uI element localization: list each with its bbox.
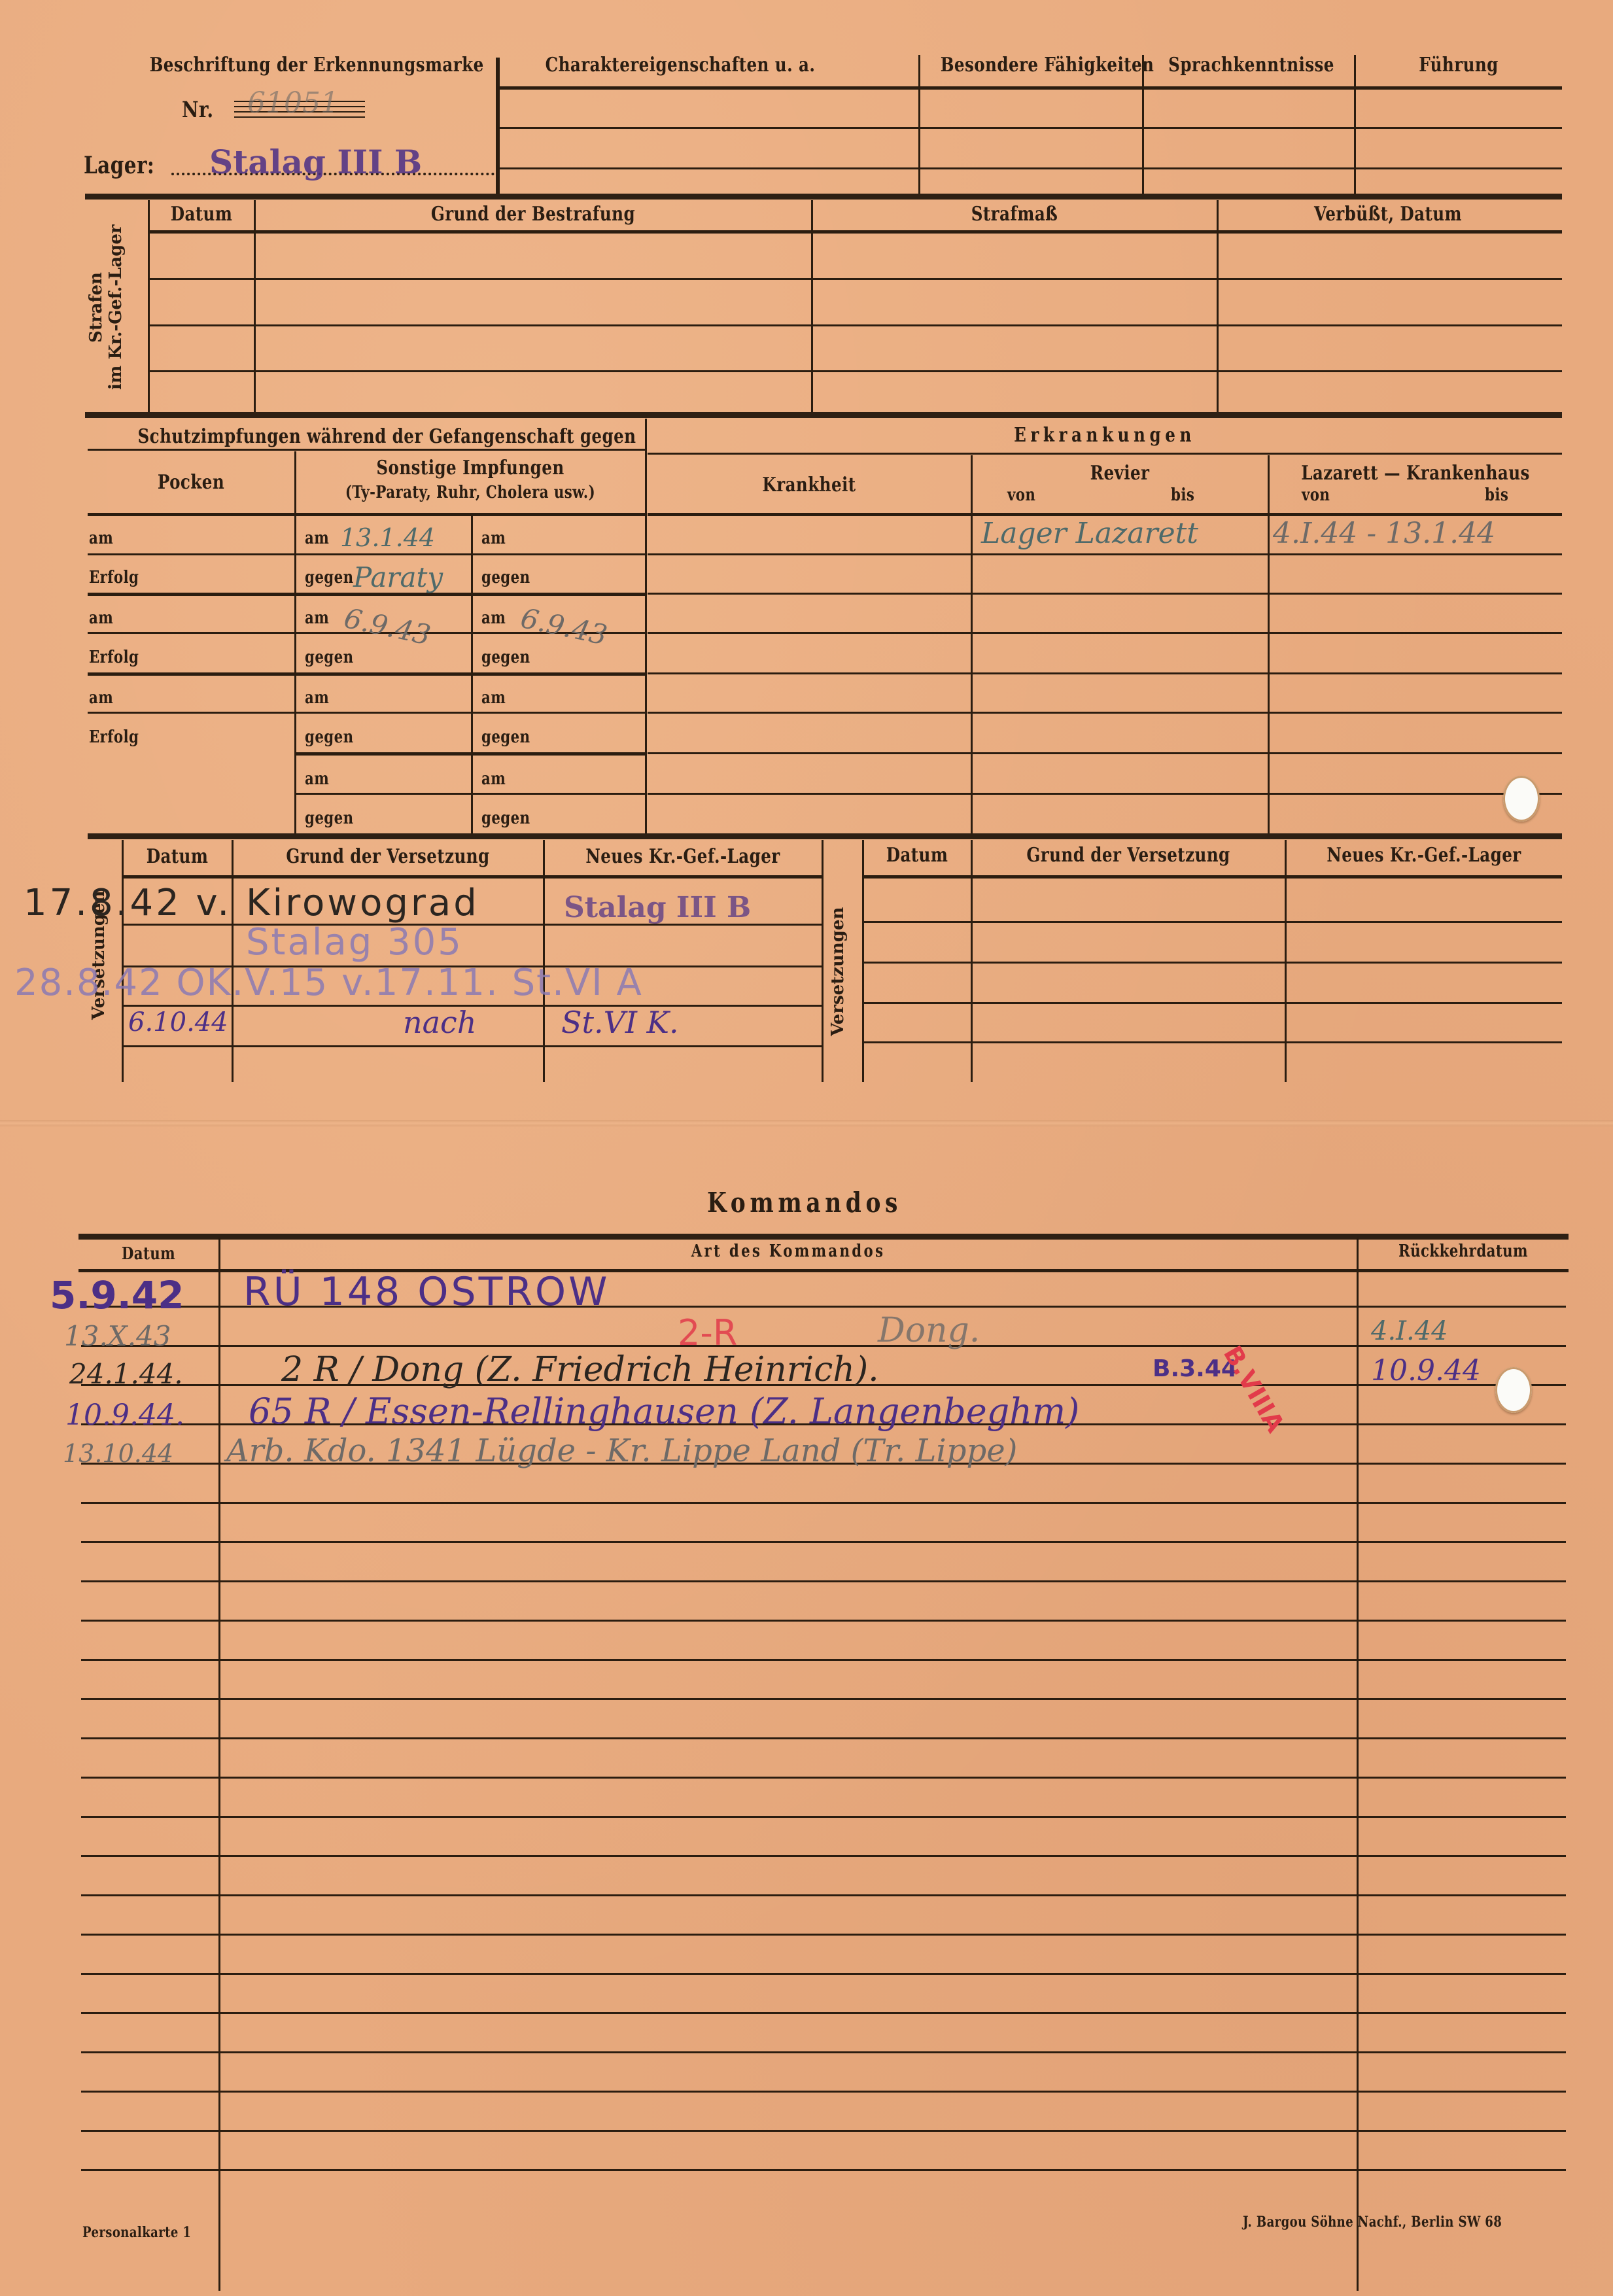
divider [88, 632, 294, 634]
punch-hole [1503, 776, 1540, 822]
other-gegen-label: gegen [481, 727, 530, 747]
divider [648, 513, 1562, 516]
divider [85, 412, 1562, 418]
other-am-label: am [481, 688, 506, 708]
ruled-line [81, 1973, 1566, 1975]
divider [149, 230, 1562, 234]
header-verbuesst: Verbüßt, Datum [1249, 203, 1527, 226]
ruled-line [81, 2051, 1566, 2053]
vaccine-type-1: Paraty [353, 561, 443, 593]
header-charaktereigenschaften: Charaktereigenschaften u. a. [541, 54, 820, 77]
transfer-stamp-vi-a: 28.8.42 OK.V.15 v.17.11. St.VI A [14, 962, 643, 1004]
divider [296, 672, 645, 676]
header-datum: Datum [158, 203, 244, 226]
divider [822, 840, 824, 1082]
divider [863, 921, 1562, 923]
divider [88, 513, 645, 516]
punch-hole [1495, 1367, 1532, 1413]
ruled-line [81, 2012, 1566, 2014]
lazarett-bis: bis [1485, 485, 1508, 505]
kommando-text-5: Arb. Kdo. 1341 Lügde - Kr. Lippe Land (T… [226, 1433, 1017, 1469]
divider [498, 86, 1562, 90]
tag-label: Beschriftung der Erkennungsmarke [150, 54, 440, 77]
lager-label: Lager: [84, 152, 154, 179]
transfer-stamp-kirowograd: 17.8.42 v. Kirowograd [24, 882, 479, 924]
printer-imprint: J. Bargou Söhne Nachf., Berlin SW 68 [1243, 2214, 1502, 2231]
kommandos-header-art: Art des Kommandos [322, 1242, 1254, 1261]
divider [863, 1041, 1562, 1043]
transfer-right-header-grund: Grund der Versetzung [1000, 844, 1257, 867]
divider [88, 449, 645, 451]
divider [296, 793, 645, 795]
divider [88, 712, 294, 714]
divider [863, 875, 1562, 878]
divider [296, 553, 645, 555]
ruled-line [81, 2169, 1566, 2171]
other-gegen-label: gegen [305, 568, 354, 587]
divider [648, 793, 1562, 795]
illness-title: Erkrankungen [730, 424, 1480, 447]
divider [648, 672, 1562, 674]
transfer-left-header-lager: Neues Kr.-Gef.-Lager [569, 845, 797, 868]
ruled-line [81, 1698, 1566, 1700]
header-lazarett: Lazarett — Krankenhaus [1295, 462, 1535, 485]
ruled-line [81, 1580, 1566, 1582]
other-am-label: am [481, 608, 506, 628]
lager-stamp: Stalag III B [209, 143, 422, 181]
divider [123, 1045, 822, 1047]
divider [1142, 55, 1144, 194]
kommando-text-3: 2 R / Dong (Z. Friedrich Heinrich). [281, 1350, 879, 1389]
divider [648, 712, 1562, 714]
pocken-am-3: am [89, 688, 113, 708]
ruled-line [81, 1345, 1566, 1347]
pocken-erfolg-2: Erfolg [89, 648, 139, 667]
revier-bis: bis [1171, 485, 1194, 505]
header-sonstige-sub: (Ty-Paraty, Ruhr, Cholera usw.) [327, 483, 614, 502]
divider [648, 632, 1562, 634]
divider [971, 455, 973, 835]
header-pocken: Pocken [106, 471, 275, 494]
other-am-label: am [481, 529, 506, 548]
header-sprachkenntnisse: Sprachkenntnisse [1163, 54, 1340, 77]
transfer-reason-nach: nach [403, 1005, 476, 1040]
kommando-text-4: 65 R / Essen-Rellinghausen (Z. Langenbeg… [249, 1391, 1079, 1432]
other-am-label: am [305, 529, 329, 548]
ruled-line [81, 2091, 1566, 2093]
ruled-line [81, 1659, 1566, 1661]
ruled-line [81, 1934, 1566, 1936]
kommando-date-2: 13.X.43 [64, 1320, 171, 1352]
other-gegen-label: gegen [305, 727, 354, 747]
header-revier: Revier [999, 462, 1241, 485]
nr-label: Nr. [182, 97, 214, 123]
divider [123, 875, 822, 878]
kommando-date-1: 5.9.42 [50, 1273, 184, 1317]
transfer-right-header-lager: Neues Kr.-Gef.-Lager [1311, 844, 1537, 867]
lazarett-entry: 4.I.44 - 13.1.44 [1273, 517, 1495, 550]
header-faehigkeiten: Besondere Fähigkeiten [941, 54, 1118, 77]
kommando-text-2: Dong. [878, 1311, 980, 1350]
divider [498, 127, 1562, 129]
kommando-date-4: 10.9.44. [65, 1399, 184, 1432]
vaccination-title: Schutzimpfungen während der Gefangenscha… [138, 425, 594, 448]
transfer-left-header-datum: Datum [133, 845, 222, 868]
pocken-erfolg-3: Erfolg [89, 727, 139, 747]
transfer-right-header-datum: Datum [873, 844, 961, 867]
transfer-left-header-grund: Grund der Versetzung [261, 845, 515, 868]
divider [496, 58, 500, 195]
pocken-am-2: am [89, 608, 113, 628]
revier-entry: Lager Lazarett [981, 517, 1198, 550]
ruled-line [81, 1777, 1566, 1779]
kommando-red-mark-2r: 2-R [678, 1312, 737, 1353]
header-fuehrung: Führung [1378, 54, 1539, 77]
divider [296, 593, 645, 596]
ruled-line [81, 1855, 1566, 1857]
divider [645, 419, 647, 835]
ruled-line [81, 1502, 1566, 1504]
kommando-date-3: 24.1.44. [69, 1358, 183, 1390]
other-gegen-label: gegen [305, 648, 354, 667]
divider [1357, 1238, 1359, 2291]
transfer-camp-st-vi-k: St.VI K. [561, 1005, 679, 1040]
revier-von: von [1007, 485, 1035, 505]
other-gegen-label: gegen [481, 648, 530, 667]
divider [218, 1238, 220, 2291]
divider [85, 194, 1562, 200]
divider [918, 55, 920, 194]
kommandos-title: Kommandos [627, 1187, 981, 1219]
other-am-label: am [305, 769, 329, 789]
nr-value: 61051 [247, 86, 339, 120]
divider [863, 1002, 1562, 1004]
divider [88, 833, 1562, 839]
ruled-line [81, 1541, 1566, 1543]
kommando-text-1: RÜ 148 OSTROW [243, 1269, 610, 1315]
card-background [0, 0, 1613, 2296]
other-gegen-label: gegen [481, 568, 530, 587]
kommando-return-3: 10.9.44 [1371, 1354, 1481, 1387]
divider [648, 752, 1562, 754]
ruled-line [81, 1620, 1566, 1622]
divider [149, 278, 1562, 280]
other-am-label: am [481, 769, 506, 789]
versetzungen-right-label: Versetzungen [828, 890, 848, 1053]
transfer-date-6-10-44: 6.10.44 [128, 1007, 228, 1037]
divider [863, 962, 1562, 964]
transfer-stamp-stalag-iiib: Stalag III B [564, 891, 751, 924]
card-fold [0, 1120, 1613, 1126]
ruled-line [81, 2130, 1566, 2132]
divider [78, 1234, 1569, 1240]
strafen-side-label: Strafenim Kr.-Gef.-Lager [86, 219, 126, 396]
ruled-line [81, 1816, 1566, 1818]
pocken-erfolg-1: Erfolg [89, 568, 139, 587]
lazarett-von: von [1302, 485, 1330, 505]
divider [294, 451, 296, 517]
divider [296, 712, 645, 714]
divider [88, 672, 294, 676]
header-sonstige: Sonstige Impfungen [327, 457, 614, 479]
form-name: Personalkarte 1 [82, 2224, 191, 2241]
kommando-date-5: 13.10.44 [63, 1439, 173, 1468]
divider [648, 453, 1562, 455]
header-grund: Grund der Bestrafung [305, 203, 761, 226]
divider [1268, 455, 1270, 835]
ruled-line [81, 1737, 1566, 1739]
header-strafmass: Strafmaß [849, 203, 1181, 226]
divider [88, 593, 294, 596]
other-gegen-label: gegen [305, 809, 354, 828]
ruled-line [81, 1894, 1566, 1896]
other-gegen-label: gegen [481, 809, 530, 828]
kommandos-header-datum: Datum [91, 1244, 205, 1264]
divider [648, 593, 1562, 595]
divider [149, 370, 1562, 372]
divider [498, 167, 1562, 169]
kommandos-header-rueckkehr: Rückkehrdatum [1377, 1242, 1550, 1261]
header-krankheit: Krankheit [676, 474, 941, 496]
divider [296, 752, 645, 756]
other-am-label: am [305, 688, 329, 708]
divider [149, 324, 1562, 326]
vaccine-date-1: 13.1.44 [340, 523, 435, 552]
kommando-return-2: 4.I.44 [1371, 1316, 1448, 1346]
divider [88, 553, 294, 555]
divider [1354, 55, 1356, 194]
other-am-label: am [305, 608, 329, 628]
divider [648, 553, 1562, 555]
transfer-stamp-stalag-305: Stalag 305 [246, 921, 463, 964]
pocken-am-1: am [89, 529, 113, 548]
